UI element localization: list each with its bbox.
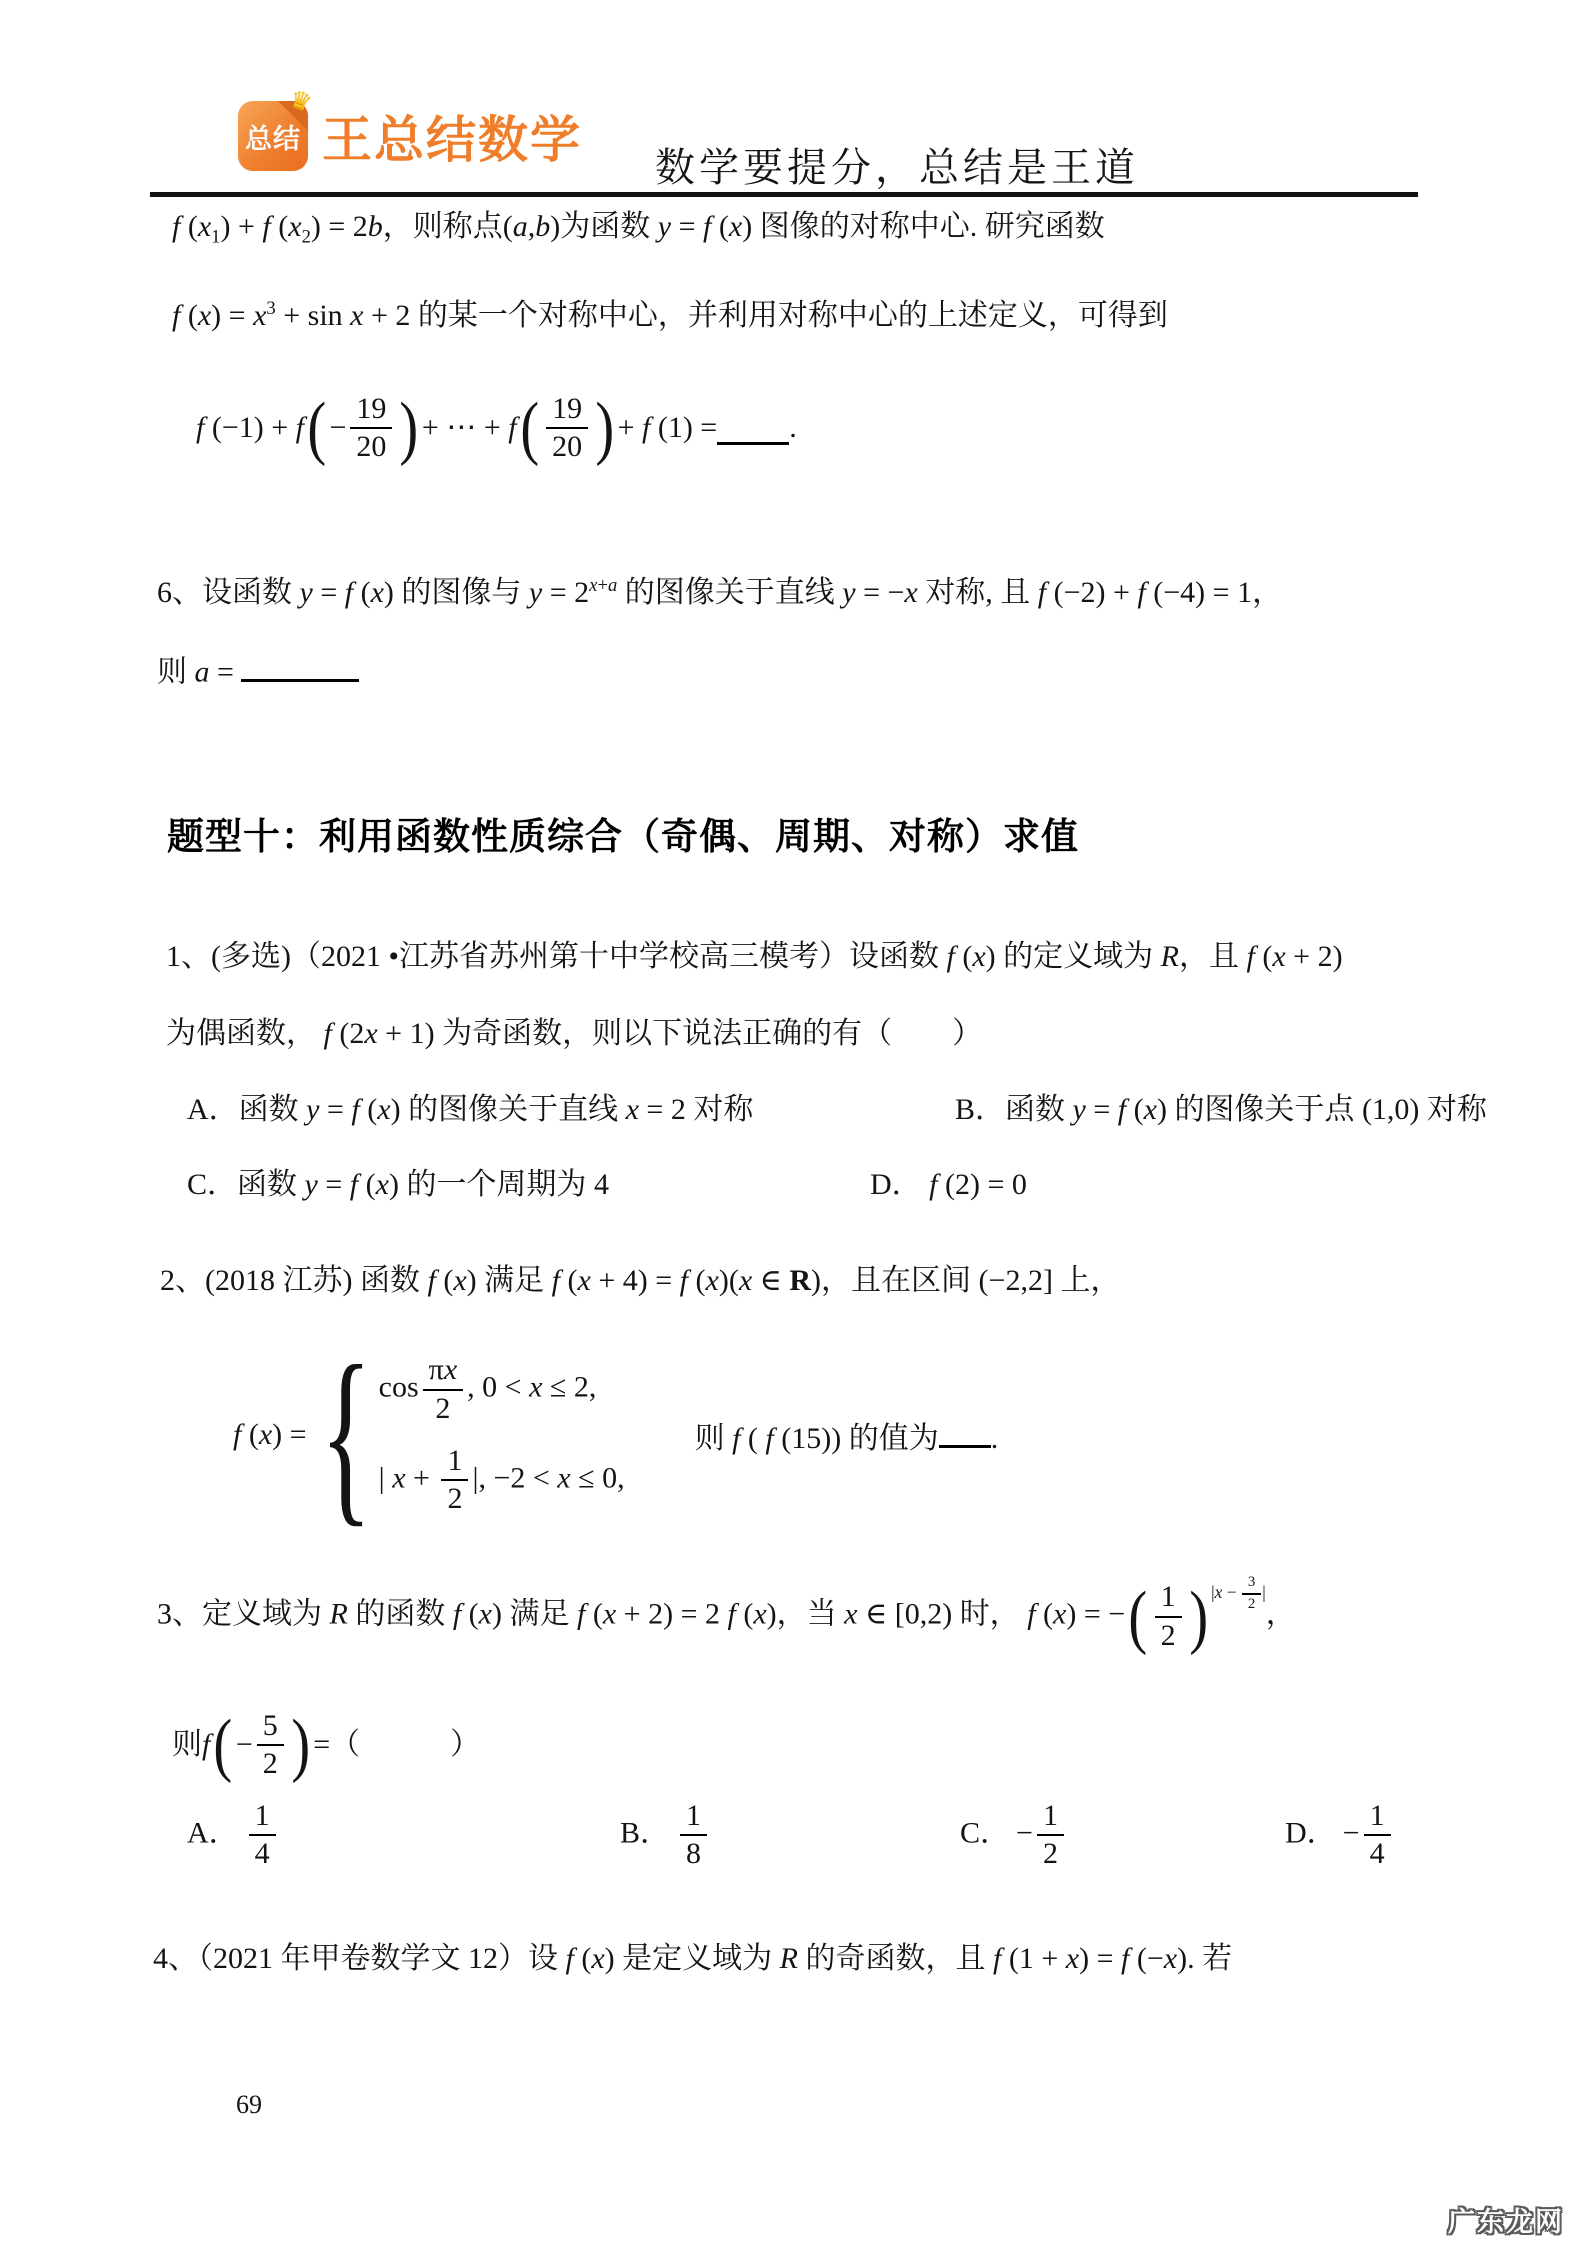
brand-logo-badge: ♛ 总结 bbox=[238, 101, 308, 171]
piecewise-lhs: f (x) = bbox=[233, 1418, 307, 1452]
intro-line-2: f (x) = x3 + sin x + 2 的某一个对称中心，并利用对称中心的… bbox=[172, 295, 1168, 337]
problem-2-question: 则 f ( f (15)) 的值为. bbox=[695, 1413, 999, 1457]
piecewise-case-1: cosπx2, 0 < x ≤ 2, bbox=[379, 1354, 625, 1425]
problem-4-line-1: 4、（2021 年甲卷数学文 12）设 f (x) 是定义域为 R 的奇函数，且… bbox=[153, 1938, 1232, 1980]
brand-header: ♛ 总结 王总结数学 bbox=[238, 100, 582, 172]
problem-6-line-2: 则 a = bbox=[157, 648, 359, 694]
problem-3-line-1: 3、定义域为 R 的函数 f (x) 满足 f (x + 2) = 2 f (x… bbox=[157, 1575, 1296, 1652]
intro-line-1: f (x1) + f (x2) = 2b，则称点(a,b)为函数 y = f (… bbox=[172, 206, 1105, 251]
intro-display-equation: f (−1) + f (−1920) + ⋯ + f (1920) + f (1… bbox=[196, 380, 797, 476]
header-divider bbox=[150, 192, 1418, 197]
problem-3-option-a: A．14 bbox=[187, 1800, 280, 1871]
problem-2-line-1: 2、(2018 江苏) 函数 f (x) 满足 f (x + 4) = f (x… bbox=[160, 1260, 1120, 1302]
problem-1-line-2: 为偶函数， f (2x + 1) 为奇函数，则以下说法正确的有（ ） bbox=[166, 1013, 982, 1055]
page-number: 69 bbox=[236, 2090, 262, 2120]
piecewise-case-2: | x + 12|, −2 < x ≤ 0, bbox=[379, 1445, 625, 1516]
problem-1-option-b: B．函数 y = f (x) 的图像关于点 (1,0) 对称 bbox=[955, 1089, 1487, 1131]
watermark: 广东龙网 bbox=[1448, 2200, 1564, 2239]
section-heading: 题型十：利用函数性质综合（奇偶、周期、对称）求值 bbox=[167, 806, 1079, 860]
problem-1-option-c: C．函数 y = f (x) 的一个周期为 4 bbox=[187, 1164, 609, 1206]
brand-slogan: 数学要提分，总结是王道 bbox=[655, 136, 1139, 193]
logo-badge-text: 总结 bbox=[245, 117, 301, 156]
piecewise-brace: { bbox=[320, 1342, 372, 1528]
problem-1-option-d: D． f (2) = 0 bbox=[870, 1164, 1027, 1206]
brand-title: 王总结数学 bbox=[322, 100, 582, 172]
problem-3-option-c: C．−12 bbox=[960, 1800, 1068, 1871]
problem-3-option-b: B．18 bbox=[620, 1800, 711, 1871]
problem-6-line-1: 6、设函数 y = f (x) 的图像与 y = 2x+a 的图像关于直线 y … bbox=[157, 572, 1282, 614]
crown-icon: ♛ bbox=[287, 86, 315, 115]
problem-1-option-a: A．函数 y = f (x) 的图像关于直线 x = 2 对称 bbox=[187, 1089, 753, 1131]
problem-1-line-1: 1、(多选)（2021 •江苏省苏州第十中学校高三模考）设函数 f (x) 的定… bbox=[166, 936, 1343, 978]
problem-2-piecewise: f (x) = { cosπx2, 0 < x ≤ 2, | x + 12|, … bbox=[233, 1342, 998, 1528]
piecewise-cases: cosπx2, 0 < x ≤ 2, | x + 12|, −2 < x ≤ 0… bbox=[379, 1354, 625, 1516]
problem-3-option-d: D．−14 bbox=[1285, 1800, 1395, 1871]
problem-3-line-2: 则 f (−52) = （ ） bbox=[172, 1700, 480, 1790]
